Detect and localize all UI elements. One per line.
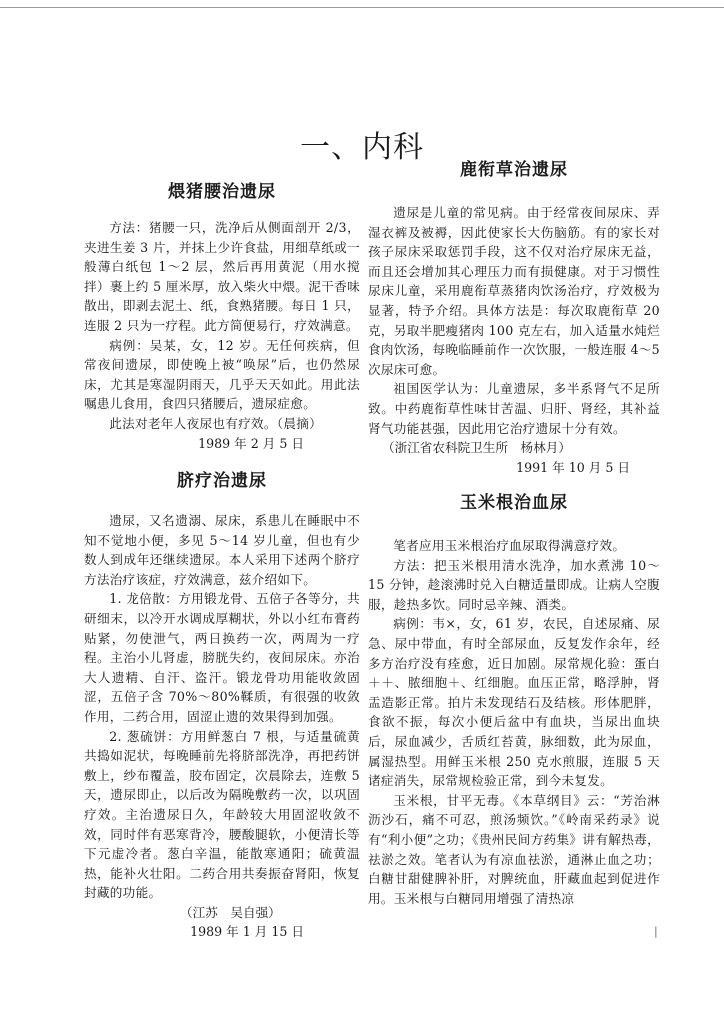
article-qiliao: 脐疗治遗尿 <box>84 470 360 492</box>
article-author: （浙江省农科院卫生所 杨林月） <box>368 438 660 458</box>
article-paragraph: 玉米根，甘平无毒。《本草纲目》云：“芳治淋沥沙石，痛不可忍，煎汤频饮。”《岭南采… <box>368 791 660 909</box>
article-luxiancao: 鹿衔草治遗尿 <box>368 159 660 181</box>
page-edge-mark: | <box>654 925 658 938</box>
article-date: 1989 年 1 月 15 日 <box>84 922 360 942</box>
article-date: 1989 年 2 月 5 日 <box>84 434 360 454</box>
article-paragraph: 笔者应用玉米根治疗血尿取得满意疗效。 <box>368 536 660 556</box>
article-luxiancao-body: 遗尿是儿童的常见病。由于经常夜间尿床、弄湿衣裤及被褥，因此使家长大伤脑筋。有的家… <box>368 203 660 477</box>
article-paragraph: 2. 葱硫饼：方用鲜葱白 7 根，与适量硫黄共捣如泥状，每晚睡前先将脐部洗净，再… <box>84 727 360 903</box>
article-date: 1991 年 10 月 5 日 <box>368 458 660 478</box>
article-paragraph: 方法：猪腰一只，洗净后从侧面剖开 2/3，夹进生姜 3 片，并抹上少许食盐，用细… <box>84 218 360 336</box>
article-paragraph: 祖国医学认为：儿童遗尿，多半系肾气不足所致。中药鹿衔草性味甘苦温、归肝、肾经，其… <box>368 379 660 438</box>
article-paragraph: 遗尿，又名遗溺、尿床，系患儿在睡眠中不知不觉地小便，多见 5～14 岁儿童，但也… <box>84 511 360 589</box>
article-paragraph: 病例：韦×，女，61 岁，农民，自述尿痛、尿急、尿中带血，有时全部尿血，反复发作… <box>368 614 660 790</box>
article-title: 鹿衔草治遗尿 <box>368 159 660 181</box>
article-title: 玉米根治血尿 <box>368 492 660 514</box>
article-author: （江苏 吴自强） <box>84 903 360 923</box>
article-title: 煨猪腰治遗尿 <box>84 181 360 203</box>
article-yumigen: 玉米根治血尿 <box>368 492 660 514</box>
article-qiliao-body: 遗尿，又名遗溺、尿床，系患儿在睡眠中不知不觉地小便，多见 5～14 岁儿童，但也… <box>84 511 360 942</box>
article-paragraph: 1. 龙倍散：方用锻龙骨、五倍子各等分，共研细末，以冷开水调成厚糊状，外以小红布… <box>84 589 360 726</box>
article-paragraph: 病例：吴某，女，12 岁。无任何疾病，但常夜间遗尿，即使晚上被“唤尿”后，也仍然… <box>84 336 360 414</box>
article-paragraph: 方法：把玉米根用清水洗净，加水煮沸 10～15 分钟，趁滚沸时兑入白糖适量即成。… <box>368 556 660 615</box>
article-yumigen-body: 笔者应用玉米根治疗血尿取得满意疗效。 方法：把玉米根用清水洗净，加水煮沸 10～… <box>368 536 660 908</box>
article-paragraph: 此法对老年人夜尿也有疗效。（晨摘） <box>84 414 360 434</box>
scan-top-rule <box>0 7 724 8</box>
article-weizhuyao-body: 方法：猪腰一只，洗净后从侧面剖开 2/3，夹进生姜 3 片，并抹上少许食盐，用细… <box>84 218 360 453</box>
article-weizhuyao: 煨猪腰治遗尿 <box>84 181 360 203</box>
article-paragraph: 遗尿是儿童的常见病。由于经常夜间尿床、弄湿衣裤及被褥，因此使家长大伤脑筋。有的家… <box>368 203 660 379</box>
article-title: 脐疗治遗尿 <box>84 470 360 492</box>
